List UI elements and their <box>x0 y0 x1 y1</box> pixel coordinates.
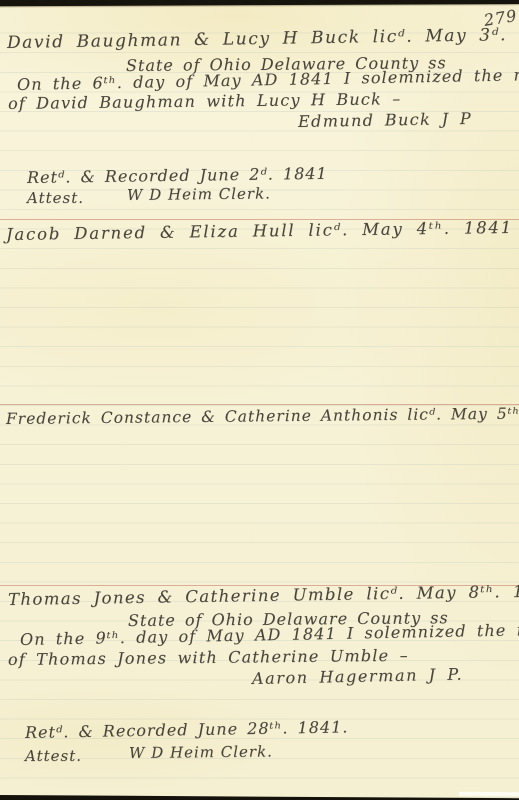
attest-label: Attest. <box>27 189 84 207</box>
binding-edge-bottom <box>0 795 519 800</box>
entry-header-line: Frederick Constance & Catherine Anthonis… <box>6 404 519 428</box>
attest-label: Attest. <box>25 747 82 765</box>
officiant-signature: Edmund Buck J P <box>298 109 472 131</box>
solemnization-line-2: of David Baughman with Lucy H Buck – <box>8 89 402 113</box>
entry-header-line: Jacob Darned & Eliza Hull licᵈ. May 4ᵗʰ.… <box>6 218 513 244</box>
binding-edge-top <box>0 0 519 6</box>
solemnization-line-2: of Thomas Jones with Catherine Umble – <box>8 646 409 669</box>
recorded-line: Retᵈ. & Recorded June 2ᵈ. 1841 <box>27 164 328 187</box>
ledger-page: 279 David Baughman & Lucy H Buck licᵈ. M… <box>0 0 519 800</box>
entry-header-line: David Baughman & Lucy H Buck licᵈ. May 3… <box>7 24 519 53</box>
next-page-edge <box>459 792 519 796</box>
clerk-signature: W D Heim Clerk. <box>129 742 273 762</box>
recorded-line: Retᵈ. & Recorded June 28ᵗʰ. 1841. <box>25 717 349 742</box>
officiant-signature: Aaron Hagerman J P. <box>252 665 464 688</box>
clerk-signature: W D Heim Clerk. <box>127 184 271 204</box>
